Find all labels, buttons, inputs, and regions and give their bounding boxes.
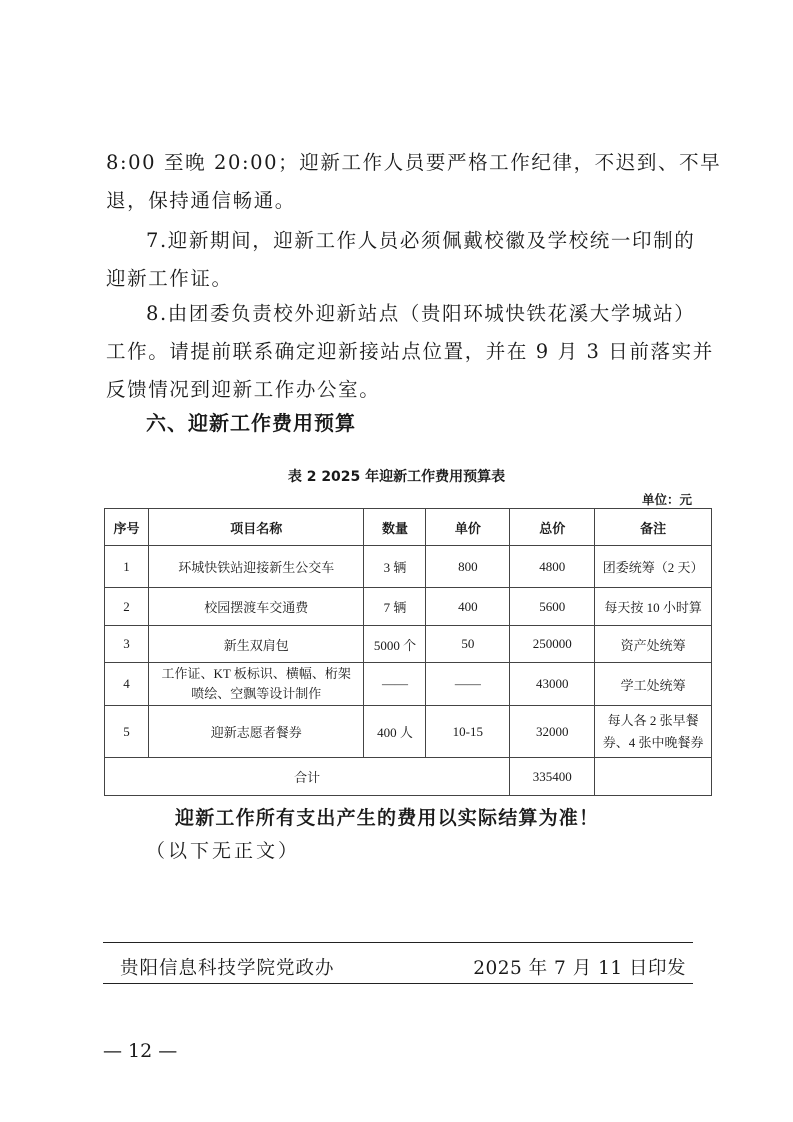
cell-item: 环城快铁站迎接新生公交车 [148,546,364,588]
cell-no: 3 [105,626,149,663]
cell-remark: 学工处统筹 [595,663,712,706]
total-label: 合计 [105,758,510,796]
cell-item-line: 工作证、KT 板标识、横幅、桁架 [151,664,362,684]
table-caption: 表 2 2025 年迎新工作费用预算表 [0,466,793,486]
header-qty: 数量 [364,509,426,546]
cell-qty: 5000 个 [364,626,426,663]
paragraph-6-continued: 8:00 至晚 20:00；迎新工作人员要严格工作纪律，不迟到、不早 退，保持通… [106,144,696,220]
budget-table: 序号 项目名称 数量 单价 总价 备注 1 环城快铁站迎接新生公交车 3 辆 8… [104,508,712,796]
header-unit-price: 单价 [426,509,510,546]
cell-unit-price: —— [426,663,510,706]
cell-total: 43000 [510,663,595,706]
cell-remark: 团委统筹（2 天） [595,546,712,588]
cell-no: 4 [105,663,149,706]
cell-item: 新生双肩包 [148,626,364,663]
cell-unit-price: 800 [426,546,510,588]
header-no: 序号 [105,509,149,546]
section-heading: 六、迎新工作费用预算 [146,407,356,436]
cell-unit-price: 10-15 [426,706,510,758]
cell-remark: 每人各 2 张早餐 券、4 张中晚餐券 [595,706,712,758]
total-value: 335400 [510,758,595,796]
cell-no: 2 [105,588,149,626]
table-row: 5 迎新志愿者餐券 400 人 10-15 32000 每人各 2 张早餐 券、… [105,706,712,758]
table-row: 3 新生双肩包 5000 个 50 250000 资产处统筹 [105,626,712,663]
paragraph-7: 7.迎新期间，迎新工作人员必须佩戴校徽及学校统一印制的 迎新工作证。 [106,222,696,298]
issuer: 贵阳信息科技学院党政办 [120,954,335,980]
text-line: 迎新工作证。 [106,260,696,298]
cell-remark: 每天按 10 小时算 [595,588,712,626]
text-line: 8.由团委负责校外迎新站点（贵阳环城快铁花溪大学城站） [106,295,696,333]
cell-no: 1 [105,546,149,588]
text-line: 退，保持通信畅通。 [106,182,696,220]
cell-no: 5 [105,706,149,758]
end-of-text-marker: （以下无正文） [146,836,300,863]
text-line: 工作。请提前联系确定迎新接站点位置，并在 9 月 3 日前落实并 [106,333,696,371]
issue-date: 2025 年 7 月 11 日印发 [473,954,686,980]
cell-remark-line: 每人各 2 张早餐 [597,710,709,732]
footer-top-rule [103,942,693,943]
cell-remark-line: 券、4 张中晚餐券 [597,732,709,754]
text-line: 反馈情况到迎新工作办公室。 [106,371,696,409]
page-number: — 12 — [103,1040,177,1062]
table-row: 2 校园摆渡车交通费 7 辆 400 5600 每天按 10 小时算 [105,588,712,626]
cell-total: 5600 [510,588,595,626]
table-unit-label: 单位：元 [642,490,692,508]
cell-total: 250000 [510,626,595,663]
settlement-note: 迎新工作所有支出产生的费用以实际结算为准！ [175,803,599,830]
cell-item: 工作证、KT 板标识、横幅、桁架 喷绘、空飘等设计制作 [148,663,364,706]
header-remark: 备注 [595,509,712,546]
table-total-row: 合计 335400 [105,758,712,796]
cell-unit-price: 400 [426,588,510,626]
cell-total: 32000 [510,706,595,758]
cell-item-line: 喷绘、空飘等设计制作 [151,684,362,704]
footer-bottom-rule [103,983,693,984]
text-line: 8:00 至晚 20:00；迎新工作人员要严格工作纪律，不迟到、不早 [106,144,696,182]
total-remark [595,758,712,796]
table-row: 4 工作证、KT 板标识、横幅、桁架 喷绘、空飘等设计制作 —— —— 4300… [105,663,712,706]
header-item: 项目名称 [148,509,364,546]
table-row: 1 环城快铁站迎接新生公交车 3 辆 800 4800 团委统筹（2 天） [105,546,712,588]
text-line: 7.迎新期间，迎新工作人员必须佩戴校徽及学校统一印制的 [106,222,696,260]
cell-qty: 7 辆 [364,588,426,626]
cell-item: 校园摆渡车交通费 [148,588,364,626]
cell-item: 迎新志愿者餐券 [148,706,364,758]
cell-qty: 400 人 [364,706,426,758]
cell-unit-price: 50 [426,626,510,663]
header-total: 总价 [510,509,595,546]
paragraph-8: 8.由团委负责校外迎新站点（贵阳环城快铁花溪大学城站） 工作。请提前联系确定迎新… [106,295,696,409]
cell-remark: 资产处统筹 [595,626,712,663]
cell-qty: —— [364,663,426,706]
cell-qty: 3 辆 [364,546,426,588]
cell-total: 4800 [510,546,595,588]
table-header-row: 序号 项目名称 数量 单价 总价 备注 [105,509,712,546]
